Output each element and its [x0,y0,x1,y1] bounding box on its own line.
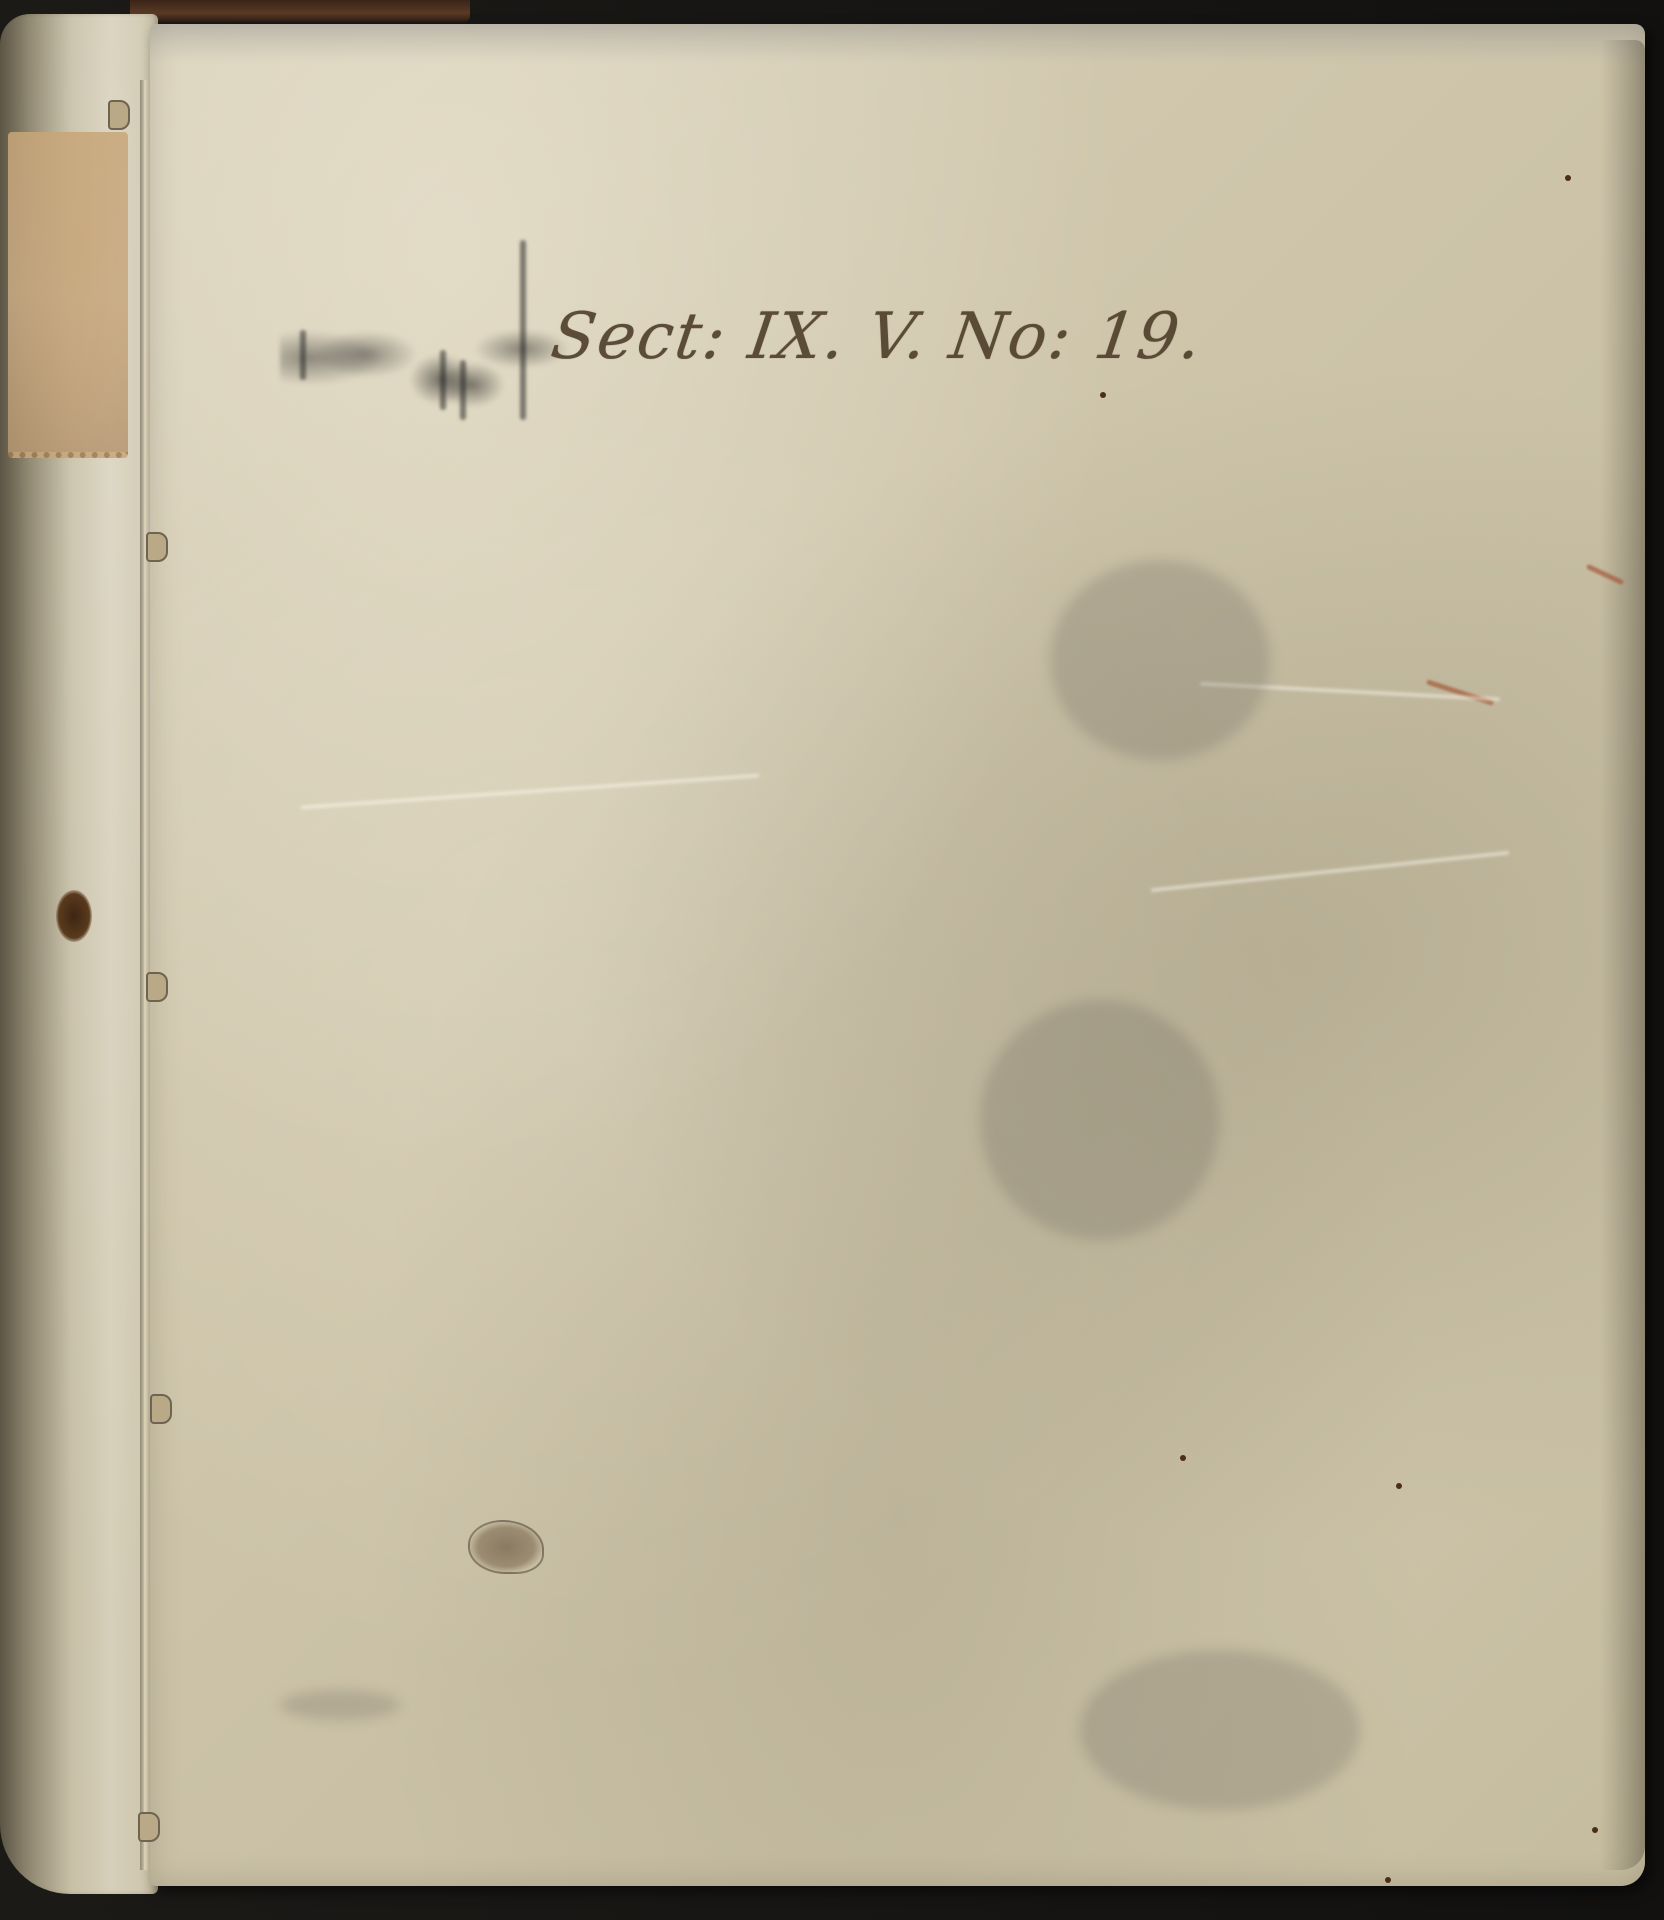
grey-discoloration [1080,1650,1360,1810]
ink-stroke [300,330,306,380]
tacket-stitch [138,1812,160,1842]
tacket-stitch [150,1394,172,1424]
cover-top-edge [150,24,1645,64]
spine-stain [56,890,92,942]
ink-stroke [460,360,466,420]
ink-stroke [520,240,526,420]
speck [1396,1483,1402,1489]
tacket-stitch [146,532,168,562]
cover-right-edge [1600,40,1645,1870]
ink-stroke [440,350,446,410]
grey-discoloration [980,1000,1220,1240]
speck [1592,1827,1598,1833]
illegible-ink-smudge [280,250,590,430]
book-spine [0,14,158,1894]
speck [1180,1455,1186,1461]
spine-label [8,132,128,458]
tacket-stitch [108,100,130,130]
adjacent-book-edge [130,0,470,22]
speck [1385,1877,1391,1883]
shelfmark-inscription: Sect: IX. V. No: 19. [547,300,1208,374]
tacket-stitch [146,972,168,1002]
grey-discoloration [1050,560,1270,760]
grey-discoloration [280,1690,400,1720]
speck [1565,175,1571,181]
speck [1100,392,1106,398]
